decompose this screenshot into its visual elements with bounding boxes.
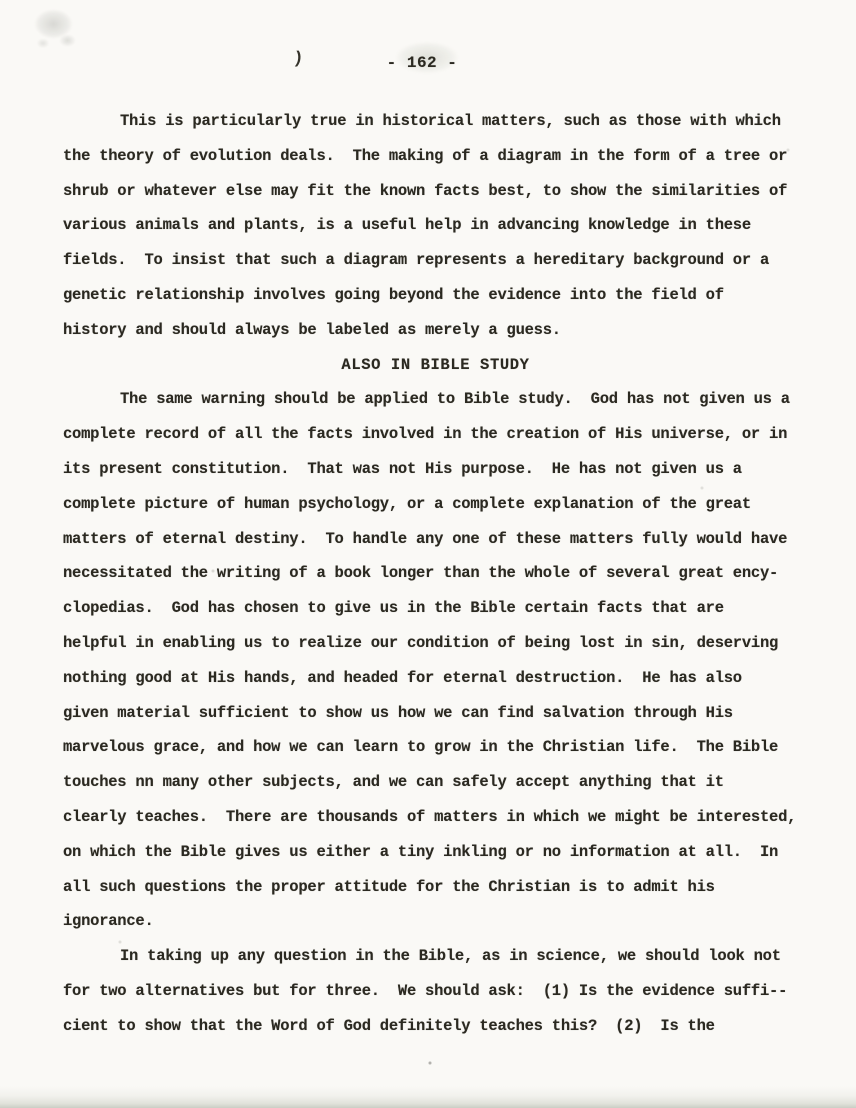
text-line: on which the Bible gives us either a tin…: [63, 835, 808, 870]
scan-smudge-topleft: [22, 2, 92, 57]
scan-edge-artifact: [0, 1086, 856, 1108]
text-line: for two alternatives but for three. We s…: [63, 974, 808, 1009]
text-line: history and should always be labeled as …: [63, 313, 808, 348]
text-line: fields. To insist that such a diagram re…: [63, 243, 808, 278]
text-line: necessitated the writing of a book longe…: [63, 556, 808, 591]
text-line: marvelous grace, and how we can learn to…: [63, 730, 808, 765]
text-line: This is particularly true in historical …: [63, 104, 808, 139]
text-line: nothing good at His hands, and headed fo…: [63, 661, 808, 696]
section-heading: ALSO IN BIBLE STUDY: [63, 348, 808, 383]
text-line: its present constitution. That was not H…: [63, 452, 808, 487]
text-line: the theory of evolution deals. The makin…: [63, 139, 808, 174]
text-line: touches nn many other subjects, and we c…: [63, 765, 808, 800]
text-line: The same warning should be applied to Bi…: [63, 382, 808, 417]
text-line: shrub or whatever else may fit the known…: [63, 174, 808, 209]
text-line: clearly teaches. There are thousands of …: [63, 800, 808, 835]
document-page: ) - 162 - This is particularly true in h…: [0, 0, 856, 1108]
text-line: given material sufficient to show us how…: [63, 696, 808, 731]
text-line: helpful in enabling us to realize our co…: [63, 626, 808, 661]
page-body: This is particularly true in historical …: [63, 104, 808, 1044]
text-line: cient to show that the Word of God defin…: [63, 1009, 808, 1044]
text-line: various animals and plants, is a useful …: [63, 208, 808, 243]
text-line: clopedias. God has chosen to give us in …: [63, 591, 808, 626]
text-line: In taking up any question in the Bible, …: [63, 939, 808, 974]
text-line: ignorance.: [63, 904, 808, 939]
text-line: complete record of all the facts involve…: [63, 417, 808, 452]
text-line: complete picture of human psychology, or…: [63, 487, 808, 522]
page-number: - 162 -: [0, 54, 850, 72]
text-line: matters of eternal destiny. To handle an…: [63, 522, 808, 557]
text-line: genetic relationship involves going beyo…: [63, 278, 808, 313]
text-line: all such questions the proper attitude f…: [63, 870, 808, 905]
